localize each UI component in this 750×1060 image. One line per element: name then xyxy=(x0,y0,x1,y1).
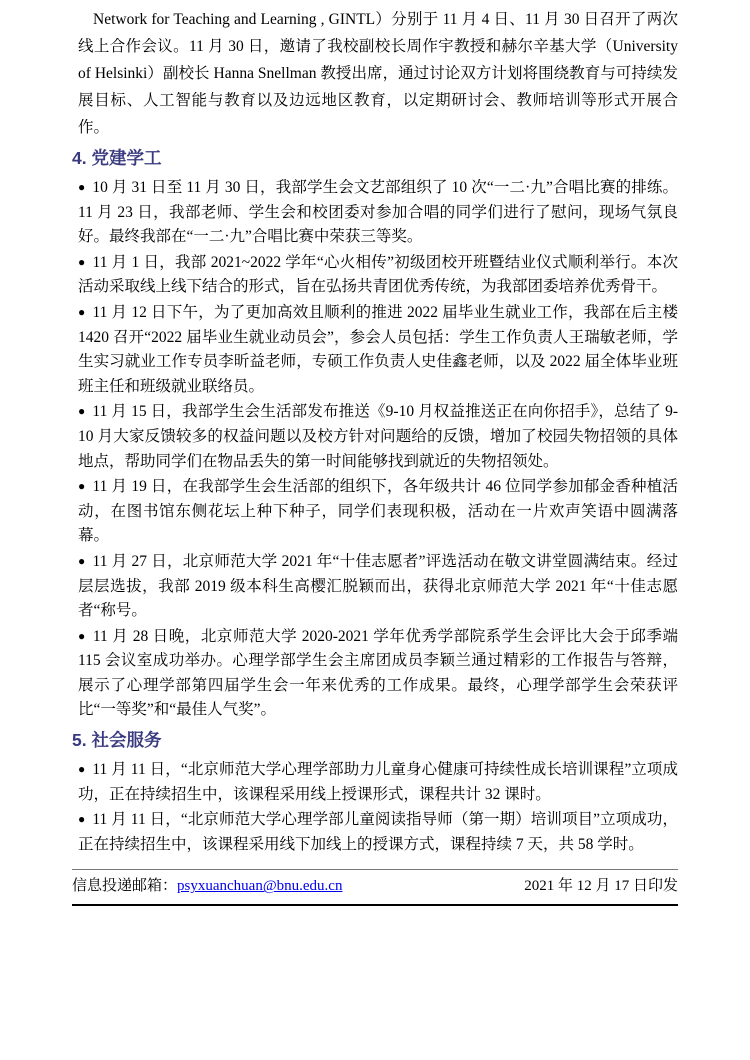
footer-divider-thick xyxy=(72,904,678,906)
section-heading-social-service: 5. 社会服务 xyxy=(72,727,678,753)
page-footer: 信息投递邮箱：psyxuanchuan@bnu.edu.cn 2021 年 12… xyxy=(72,869,678,906)
footer-print-date: 2021 年 12 月 17 日印发 xyxy=(524,876,678,897)
bullet-icon: ● xyxy=(78,255,86,269)
bullet-icon: ● xyxy=(78,180,85,194)
footer-email-label: 信息投递邮箱： xyxy=(72,878,177,894)
bullet-icon: ● xyxy=(78,479,85,493)
bullet-icon: ● xyxy=(78,762,85,776)
bullet-text: 11 月 11 日，“北京师范大学心理学部儿童阅读指导师（第一期）培训项目”立项… xyxy=(78,811,678,853)
bullet-icon: ● xyxy=(78,812,85,826)
bullet-text: 10 月 31 日至 11 月 30 日，我部学生会文艺部组织了 10 次“一二… xyxy=(78,179,678,245)
bullet-text: 11 月 1 日，我部 2021~2022 学年“心火相传”初级团校开班暨结业仪… xyxy=(78,254,678,296)
footer-email-link[interactable]: psyxuanchuan@bnu.edu.cn xyxy=(177,878,342,894)
footer-contact: 信息投递邮箱：psyxuanchuan@bnu.edu.cn xyxy=(72,876,342,897)
bullet-text: 11 月 11 日，“北京师范大学心理学部助力儿童身心健康可持续性成长培训课程”… xyxy=(78,761,678,803)
bullet-icon: ● xyxy=(78,629,86,643)
bullet-text: 11 月 19 日，在我部学生会生活部的组织下，各年级共计 46 位同学参加郁金… xyxy=(78,478,678,544)
bullet-icon: ● xyxy=(78,404,85,418)
bullet-item: ●11 月 12 日下午，为了更加高效且顺利的推进 2022 届毕业生就业工作，… xyxy=(78,300,678,399)
bullet-icon: ● xyxy=(78,305,86,319)
bullet-item: ●11 月 1 日，我部 2021~2022 学年“心火相传”初级团校开班暨结业… xyxy=(78,250,678,300)
bullet-icon: ● xyxy=(78,554,86,568)
section-heading-party-building: 4. 党建学工 xyxy=(72,145,678,171)
bullet-item: ●11 月 11 日，“北京师范大学心理学部助力儿童身心健康可持续性成长培训课程… xyxy=(78,757,678,807)
bullet-item: ●11 月 28 日晚，北京师范大学 2020-2021 学年优秀学部院系学生会… xyxy=(78,624,678,723)
bullet-text: 11 月 12 日下午，为了更加高效且顺利的推进 2022 届毕业生就业工作，我… xyxy=(78,304,678,395)
bullet-text: 11 月 27 日，北京师范大学 2021 年“十佳志愿者”评选活动在敬文讲堂圆… xyxy=(78,553,678,619)
footer-row: 信息投递邮箱：psyxuanchuan@bnu.edu.cn 2021 年 12… xyxy=(72,870,678,904)
bullet-item: ●10 月 31 日至 11 月 30 日，我部学生会文艺部组织了 10 次“一… xyxy=(78,175,678,250)
bullet-text: 11 月 28 日晚，北京师范大学 2020-2021 学年优秀学部院系学生会评… xyxy=(78,628,678,719)
bullet-item: ●11 月 11 日，“北京师范大学心理学部儿童阅读指导师（第一期）培训项目”立… xyxy=(78,807,678,857)
social-service-bullet-list: ●11 月 11 日，“北京师范大学心理学部助力儿童身心健康可持续性成长培训课程… xyxy=(72,757,678,857)
bullet-item: ●11 月 27 日，北京师范大学 2021 年“十佳志愿者”评选活动在敬文讲堂… xyxy=(78,549,678,624)
bullet-text: 11 月 15 日，我部学生会生活部发布推送《9-10 月权益推送正在向你招手》… xyxy=(78,403,678,469)
party-building-bullet-list: ●10 月 31 日至 11 月 30 日，我部学生会文艺部组织了 10 次“一… xyxy=(72,175,678,723)
document-page: Network for Teaching and Learning , GINT… xyxy=(0,0,750,1060)
bullet-item: ●11 月 19 日，在我部学生会生活部的组织下，各年级共计 46 位同学参加郁… xyxy=(78,474,678,549)
intro-paragraph: Network for Teaching and Learning , GINT… xyxy=(78,6,678,141)
bullet-item: ●11 月 15 日，我部学生会生活部发布推送《9-10 月权益推送正在向你招手… xyxy=(78,399,678,474)
